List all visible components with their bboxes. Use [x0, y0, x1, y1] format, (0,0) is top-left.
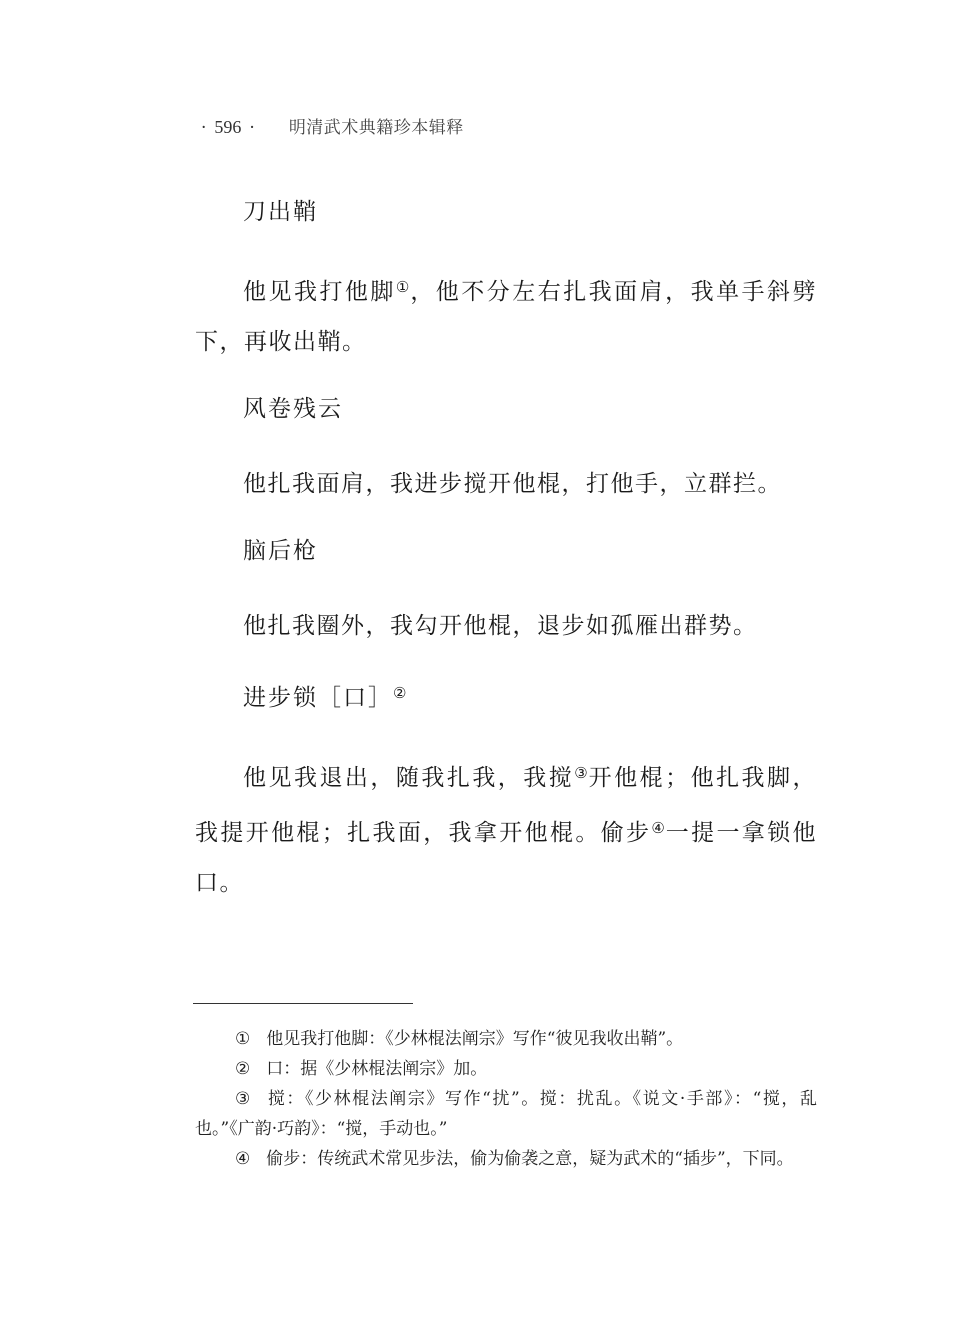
- footnotes: ①他见我打他脚：《少林棍法阐宗》写作“彼见我收出鞘”。 ②口：据《少林棍法阐宗》…: [195, 1024, 817, 1174]
- footnote: ④偷步：传统武术常见步法，偷为偷袭之意，疑为武术的“插步”，下同。: [195, 1144, 817, 1174]
- section-title: 脑后枪: [195, 531, 817, 571]
- footnote-ref: ②: [393, 684, 406, 702]
- section-title: 刀出鞘: [195, 192, 817, 232]
- footnote-ref: ①: [396, 278, 410, 296]
- section-title: 进步锁［口］②: [195, 673, 817, 718]
- section-body: 他见我退出，随我扎我，我搅③开他棍；他扎我脚，我提开他棍；扎我面，我拿开他棍。偷…: [195, 748, 817, 908]
- footnote: ②口：据《少林棍法阐宗》加。: [195, 1054, 817, 1084]
- section-body: 他扎我面肩，我进步搅开他棍，打他手，立群拦。: [195, 459, 817, 509]
- page-number: 596: [214, 117, 241, 137]
- running-header: ·596·明清武术典籍珍本辑释: [193, 113, 464, 138]
- book-title: 明清武术典籍珍本辑释: [289, 118, 464, 138]
- footnote: ①他见我打他脚：《少林棍法阐宗》写作“彼见我收出鞘”。: [195, 1024, 817, 1054]
- section-body: 他见我打他脚①，他不分左右扎我面肩，我单手斜劈下，再收出鞘。: [195, 262, 817, 367]
- main-text: 刀出鞘 他见我打他脚①，他不分左右扎我面肩，我单手斜劈下，再收出鞘。 风卷残云 …: [195, 192, 817, 908]
- header-dot: ·: [249, 118, 254, 138]
- section-title: 风卷残云: [195, 389, 817, 429]
- section-body: 他扎我圈外，我勾开他棍，退步如孤雁出群势。: [195, 601, 817, 651]
- footnote-ref: ④: [651, 819, 665, 837]
- book-page: ·596·明清武术典籍珍本辑释 刀出鞘 他见我打他脚①，他不分左右扎我面肩，我单…: [0, 0, 960, 1344]
- footnote-divider: [193, 1003, 413, 1004]
- header-dot: ·: [201, 118, 206, 138]
- footnote-ref: ③: [574, 764, 588, 782]
- footnote: ③搅：《少林棍法阐宗》写作“扰”。搅：扰乱。《说文·手部》：“搅，乱也。”《广韵…: [195, 1084, 817, 1144]
